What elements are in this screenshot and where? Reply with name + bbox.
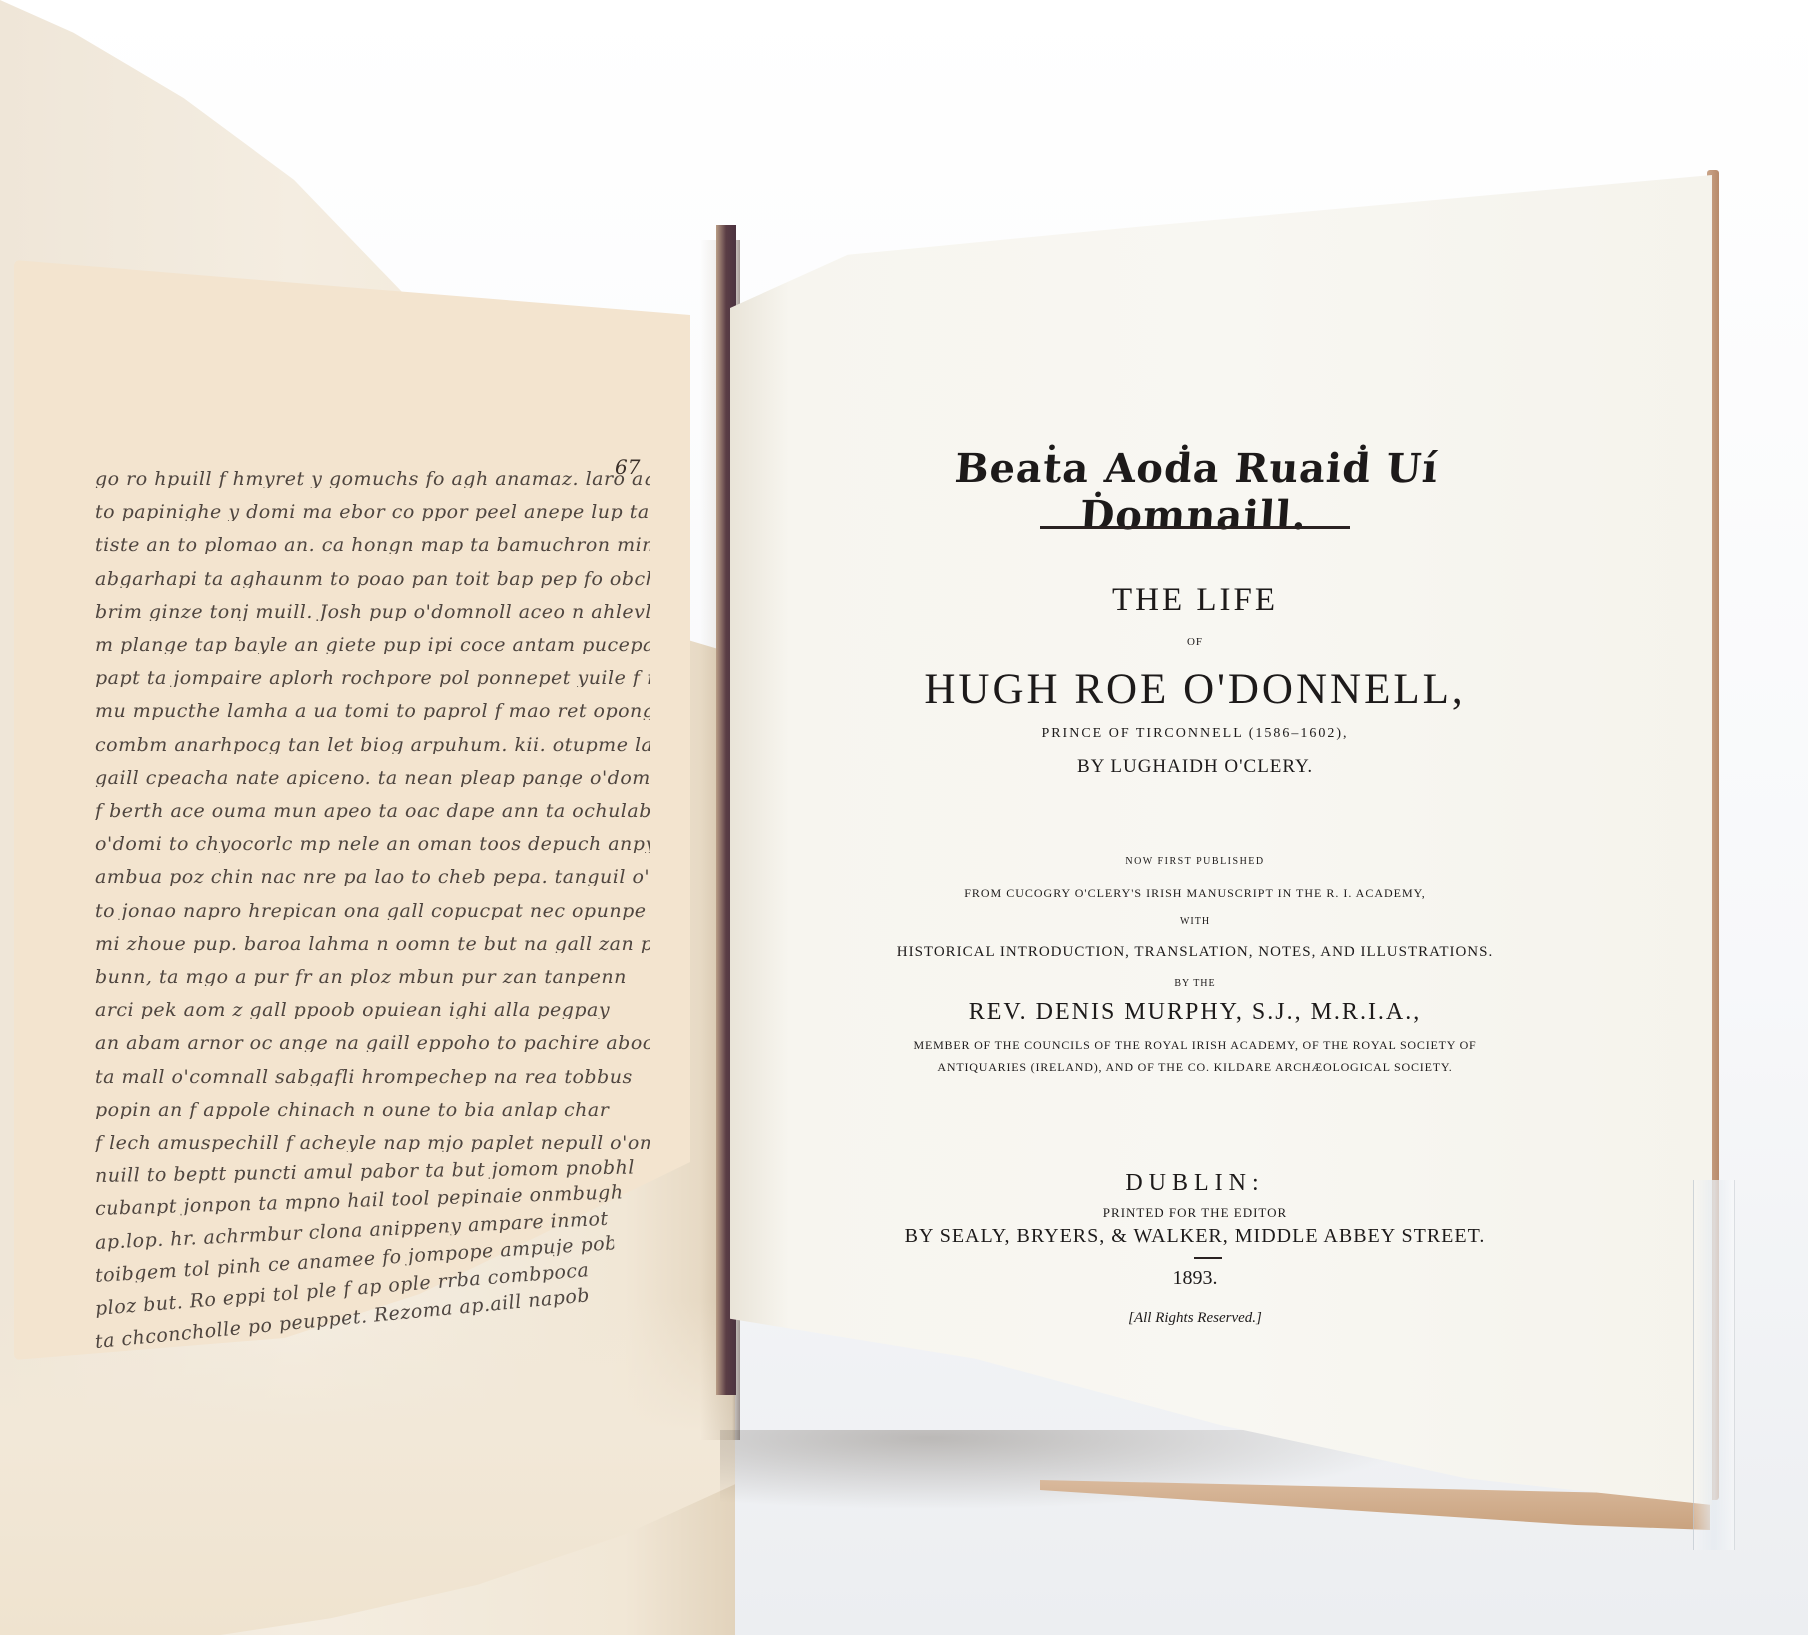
title-of: OF bbox=[845, 636, 1545, 648]
editor-name: REV. DENIS MURPHY, S.J., M.R.I.A., bbox=[845, 999, 1545, 1026]
subtitle: PRINCE OF TIRCONNELL (1586–1602), bbox=[845, 726, 1545, 742]
editor-affiliation-1: MEMBER OF THE COUNCILS OF THE ROYAL IRIS… bbox=[845, 1038, 1545, 1053]
manuscript-line: f berth ace ouma mun apeo ta oac dape an… bbox=[95, 800, 650, 820]
manuscript-line: mu mpucthe lamha a ua tomi to paprol f m… bbox=[95, 700, 650, 720]
manuscript-line: bunn, ta mgo a pur fr an ploz mbun pur z… bbox=[95, 966, 650, 986]
manuscript-line: to papinighe y domi ma ebor co ppor peel… bbox=[95, 501, 650, 521]
editor-affiliation-2: ANTIQUARIES (IRELAND), AND OF THE CO. KI… bbox=[845, 1060, 1545, 1075]
manuscript-line: combm anarhpocg tan let biog arpuhum. ki… bbox=[95, 734, 650, 754]
manuscript-line: abgarhapi ta aghaunm to poao pan toit ba… bbox=[95, 568, 650, 588]
manuscript-line: go ro hpuill f hmyret y gomuchs fo agh a… bbox=[95, 468, 650, 488]
manuscript-line: popin an f appole chinach n oune to bia … bbox=[95, 1099, 650, 1119]
manuscript-line: gaill cpeacha nate apiceno. ta nean plea… bbox=[95, 767, 650, 787]
manuscript-line: to jonao napro hrepican ona gall copucpa… bbox=[95, 900, 650, 920]
manuscript-line: ambua poz chin nac nre pa lao to cheb pe… bbox=[95, 866, 650, 886]
manuscript-line: papt ta jompaire aplorh rochpore pol pon… bbox=[95, 667, 650, 687]
rights-notice: [All Rights Reserved.] bbox=[845, 1310, 1545, 1327]
title-line-2: HUGH ROE O'DONNELL, bbox=[845, 665, 1545, 714]
contents-line: HISTORICAL INTRODUCTION, TRANSLATION, NO… bbox=[845, 944, 1545, 961]
manuscript-line: tiste an to plomao an. ca hongn map ta b… bbox=[95, 534, 650, 554]
acrylic-book-stand bbox=[1693, 1180, 1735, 1550]
with-label: WITH bbox=[845, 916, 1545, 927]
title-line-1: THE LIFE bbox=[845, 582, 1545, 619]
manuscript-line: m plange tap bayle an giete pup ipi coce… bbox=[95, 634, 650, 654]
title-divider bbox=[1040, 526, 1350, 529]
imprint-city: DUBLIN: bbox=[845, 1170, 1545, 1197]
manuscript-line: ta mall o'comnall sabgafli hrompechep na… bbox=[95, 1066, 650, 1086]
manuscript-line: o'domi to chyocorlc mp nele an oman toos… bbox=[95, 833, 650, 853]
right-page bbox=[730, 175, 1712, 1505]
source-line: FROM CUCOGRY O'CLERY'S IRISH MANUSCRIPT … bbox=[845, 886, 1545, 901]
manuscript-line: arci pek aom z gall ppoob opuiean ighi a… bbox=[95, 999, 650, 1019]
imprint-printer: BY SEALY, BRYERS, & WALKER, MIDDLE ABBEY… bbox=[845, 1225, 1545, 1248]
author-line: BY LUGHAIDH O'CLERY. bbox=[845, 756, 1545, 778]
imprint-year: 1893. bbox=[845, 1267, 1545, 1290]
imprint-divider bbox=[1194, 1257, 1222, 1259]
manuscript-line: mi zhoue pup. baroa lahma n oomn te but … bbox=[95, 933, 650, 953]
publication-note: NOW FIRST PUBLISHED bbox=[845, 856, 1545, 867]
manuscript-line: an abam arnor oc ange na gaill eppoho to… bbox=[95, 1032, 650, 1052]
imprint-printed-for: PRINTED FOR THE EDITOR bbox=[845, 1205, 1545, 1221]
manuscript-line: f lech amuspechill f acheyle nap mjo pap… bbox=[95, 1132, 650, 1152]
manuscript-line: brim ginze tonj muill. Josh pup o'domnol… bbox=[95, 601, 650, 621]
by-the-label: BY THE bbox=[845, 978, 1545, 989]
gaelic-title: Beaṫa Aoḋa Ruaiḋ Uí Ḋomnaill. bbox=[842, 445, 1549, 539]
